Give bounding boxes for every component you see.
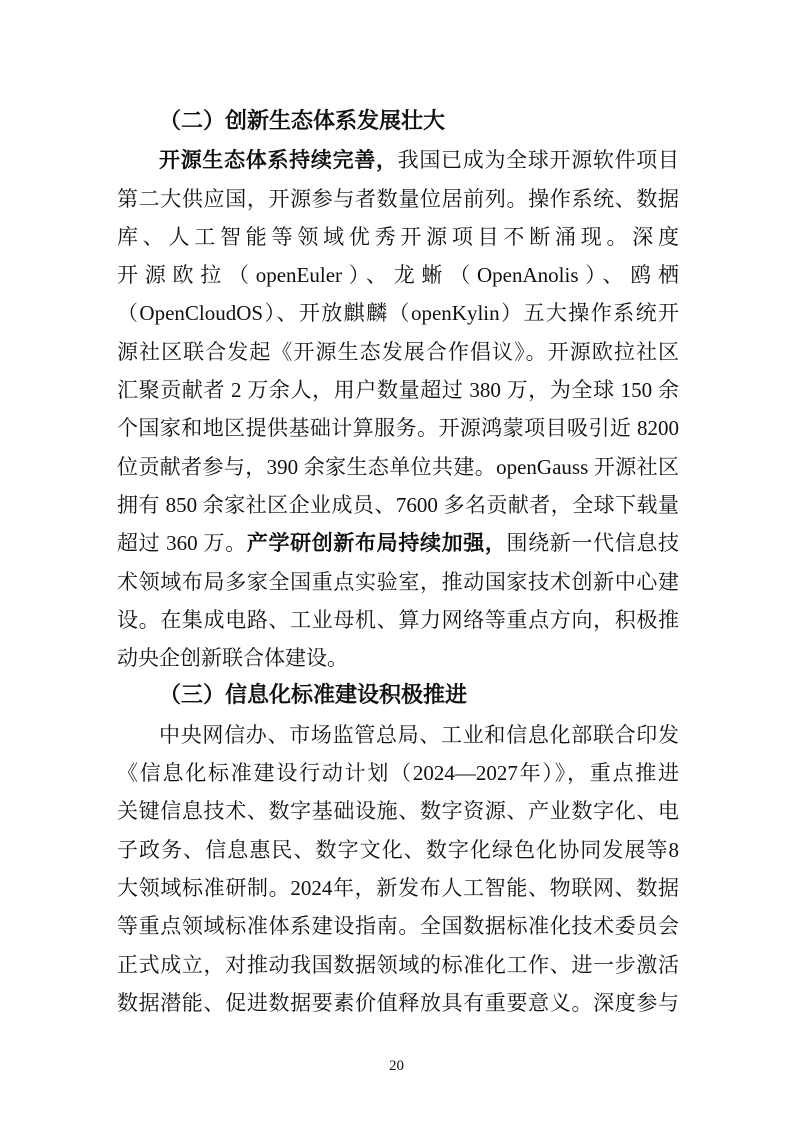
text-segment: 关键信息技术、数字基础设施、数字资源、产业数字化、电 [117, 799, 679, 823]
text-segment: 个国家和地区提供基础计算服务。开源鸿蒙项目吸引近 8200 [117, 416, 679, 440]
text-line: 设。在集成电路、工业母机、算力网络等重点方向，积极推 [117, 601, 679, 639]
text-segment: 动央企创新联合体建设。 [117, 646, 348, 670]
text-line: 中央网信办、市场监管总局、工业和信息化部联合印发 [117, 716, 679, 754]
text-segment: 位贡献者参与，390 余家生态单位共建。openGauss 开源社区 [117, 455, 679, 479]
text-segment: 开源欧拉（openEuler）、龙蜥（OpenAnolis）、鸥栖 [117, 263, 679, 287]
bold-text-segment: 产学研创新布局持续加强， [247, 531, 507, 555]
text-line: 术领域布局多家全国重点实验室，推动国家技术创新中心建 [117, 563, 679, 601]
text-line: 关键信息技术、数字基础设施、数字资源、产业数字化、电 [117, 792, 679, 830]
text-line: 开源生态体系持续完善，我国已成为全球开源软件项目 [117, 141, 679, 179]
text-line: 超过 360 万。产学研创新布局持续加强，围绕新一代信息技 [117, 524, 679, 562]
text-line: 等重点领域标准体系建设指南。全国数据标准化技术委员会 [117, 907, 679, 945]
text-line: 库、人工智能等领域优秀开源项目不断涌现。深度（deepin）、 [117, 218, 679, 256]
text-line: 数据潜能、促进数据要素价值释放具有重要意义。深度参与 [117, 984, 679, 1022]
text-segment: 大领域标准研制。2024年，新发布人工智能、物联网、数据 [117, 876, 679, 900]
bold-text-segment: 开源生态体系持续完善， [159, 148, 398, 172]
text-line: 开源欧拉（openEuler）、龙蜥（OpenAnolis）、鸥栖 [117, 256, 679, 294]
text-block: （二）创新生态体系发展壮大开源生态体系持续完善，我国已成为全球开源软件项目第二大… [117, 103, 679, 1022]
text-line: 正式成立，对推动我国数据领域的标准化工作、进一步激活 [117, 946, 679, 984]
text-line: 拥有 850 余家社区企业成员、7600 多名贡献者，全球下载量 [117, 486, 679, 524]
text-segment: 子政务、信息惠民、数字文化、数字化绿色化协同发展等8 [117, 838, 679, 862]
text-segment: 我国已成为全球开源软件项目 [398, 148, 679, 172]
text-line: 动央企创新联合体建设。 [117, 639, 679, 677]
text-segment: 围绕新一代信息技 [507, 531, 679, 555]
text-line: 大领域标准研制。2024年，新发布人工智能、物联网、数据 [117, 869, 679, 907]
bold-text-segment: （三）信息化标准建设积极推进 [159, 683, 467, 708]
text-segment: 《信息化标准建设行动计划（2024—2027年）》，重点推进 [117, 761, 679, 785]
text-segment: 设。在集成电路、工业母机、算力网络等重点方向，积极推 [117, 608, 679, 632]
text-segment: 超过 360 万。 [117, 531, 247, 555]
text-line: （OpenCloudOS）、开放麒麟（openKylin）五大操作系统开 [117, 294, 679, 332]
text-segment: 库、人工智能等领域优秀开源项目不断涌现。深度（deepin）、 [117, 225, 679, 256]
section-heading: （三）信息化标准建设积极推进 [117, 677, 679, 715]
text-segment: 正式成立，对推动我国数据领域的标准化工作、进一步激活 [117, 953, 679, 977]
section-heading: （二）创新生态体系发展壮大 [117, 103, 679, 141]
text-line: 汇聚贡献者 2 万余人，用户数量超过 380 万，为全球 150 余 [117, 371, 679, 409]
bold-text-segment: （二）创新生态体系发展壮大 [159, 109, 445, 134]
page-number: 20 [0, 1058, 793, 1075]
text-segment: 术领域布局多家全国重点实验室，推动国家技术创新中心建 [117, 570, 679, 594]
text-segment: 源社区联合发起《开源生态发展合作倡议》。开源欧拉社区 [117, 340, 679, 364]
text-line: 个国家和地区提供基础计算服务。开源鸿蒙项目吸引近 8200 [117, 409, 679, 447]
text-segment: 数据潜能、促进数据要素价值释放具有重要意义。深度参与 [117, 991, 679, 1015]
text-line: 位贡献者参与，390 余家生态单位共建。openGauss 开源社区 [117, 448, 679, 486]
document-page: （二）创新生态体系发展壮大开源生态体系持续完善，我国已成为全球开源软件项目第二大… [0, 0, 793, 1122]
text-line: 子政务、信息惠民、数字文化、数字化绿色化协同发展等8 [117, 831, 679, 869]
text-line: 源社区联合发起《开源生态发展合作倡议》。开源欧拉社区 [117, 333, 679, 371]
text-segment: 中央网信办、市场监管总局、工业和信息化部联合印发 [159, 723, 679, 747]
text-line: 第二大供应国，开源参与者数量位居前列。操作系统、数据 [117, 180, 679, 218]
text-segment: 第二大供应国，开源参与者数量位居前列。操作系统、数据 [117, 187, 679, 211]
text-line: 《信息化标准建设行动计划（2024—2027年）》，重点推进 [117, 754, 679, 792]
text-segment: （OpenCloudOS）、开放麒麟（openKylin）五大操作系统开 [117, 301, 679, 325]
text-segment: 拥有 850 余家社区企业成员、7600 多名贡献者，全球下载量 [117, 493, 679, 517]
text-segment: 汇聚贡献者 2 万余人，用户数量超过 380 万，为全球 150 余 [117, 378, 679, 402]
text-segment: 等重点领域标准体系建设指南。全国数据标准化技术委员会 [117, 914, 679, 938]
